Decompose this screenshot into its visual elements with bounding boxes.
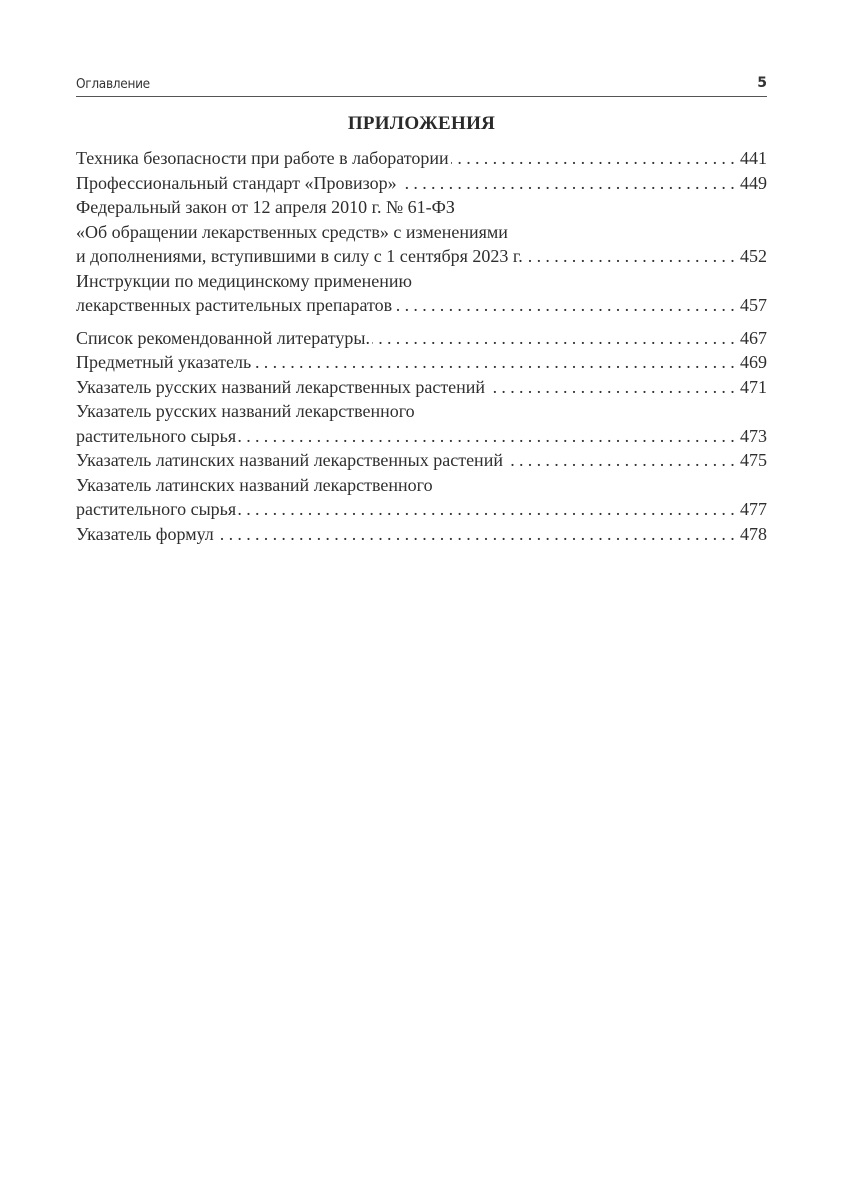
toc-line: Указатель латинских названий лекарственн… [76,448,767,473]
toc-page-number: 473 [739,424,767,449]
group-spacer [76,318,767,326]
toc-entry-title: лекарственных растительных препаратов [76,293,394,318]
toc-entry-title: «Об обращении лекарственных средств» с и… [76,222,510,242]
toc-line: и дополнениями, вступившими в силу с 1 с… [76,244,767,269]
toc-entry-title: Федеральный закон от 12 апреля 2010 г. №… [76,197,457,217]
dot-leader: ........................................… [372,326,739,351]
toc-page-number: 457 [739,293,767,318]
toc-page-number: 478 [739,522,767,547]
toc-entry[interactable]: Федеральный закон от 12 апреля 2010 г. №… [76,195,767,269]
dot-leader: ........................................… [394,293,739,318]
dot-leader: ........................................… [238,424,739,449]
dot-leader: ........................................… [253,350,739,375]
toc-page-number: 471 [739,375,767,400]
dot-leader: ........................................… [238,497,739,522]
toc-line: Указатель формул........................… [76,522,767,547]
toc-line: растительного сырья.....................… [76,497,767,522]
toc-page-number: 467 [739,326,767,351]
toc-line: Инструкции по медицинскому применению [76,269,767,294]
running-head: Оглавление 5 [76,74,767,97]
toc-line: Предметный указатель....................… [76,350,767,375]
toc-entry-title: Профессиональный стандарт «Провизор» [76,171,399,196]
section-title: ПРИЛОЖЕНИЯ [76,113,767,135]
toc-entry[interactable]: Предметный указатель....................… [76,350,767,375]
toc-entry-title: растительного сырья [76,497,238,522]
toc-line: Указатель русских названий лекарственных… [76,375,767,400]
toc-entry[interactable]: Указатель русских названий лекарственног… [76,399,767,448]
toc-entry-title: Указатель формул [76,522,216,547]
toc-entry-title: Указатель русских названий лекарственног… [76,401,417,421]
toc-entry[interactable]: Инструкции по медицинскому применениюлек… [76,269,767,318]
toc-line: Профессиональный стандарт «Провизор»....… [76,171,767,196]
dot-leader: ........................................… [216,522,739,547]
toc-page-number: 477 [739,497,767,522]
toc-page-number: 449 [739,171,767,196]
toc-line: Федеральный закон от 12 апреля 2010 г. №… [76,195,767,220]
toc-entry[interactable]: Список рекомендованной литературы.......… [76,326,767,351]
toc-line: лекарственных растительных препаратов...… [76,293,767,318]
toc-entry[interactable]: Техника безопасности при работе в лабора… [76,146,767,171]
toc-line: Указатель латинских названий лекарственн… [76,473,767,498]
toc-page-number: 469 [739,350,767,375]
toc-entry-title: растительного сырья [76,424,238,449]
toc-line: растительного сырья.....................… [76,424,767,449]
dot-leader: ........................................… [399,171,739,196]
toc-line: «Об обращении лекарственных средств» с и… [76,220,767,245]
page-number: 5 [757,75,767,91]
dot-leader: ........................................… [451,146,739,171]
toc-entry[interactable]: Профессиональный стандарт «Провизор»....… [76,171,767,196]
toc-entry[interactable]: Указатель русских названий лекарственных… [76,375,767,400]
toc-entry-title: Список рекомендованной литературы. [76,326,372,351]
dot-leader: ........................................… [505,448,739,473]
toc-entry[interactable]: Указатель латинских названий лекарственн… [76,448,767,473]
toc-entry-title: Указатель русских названий лекарственных… [76,375,487,400]
toc-page-number: 475 [739,448,767,473]
toc-page-number: 452 [739,244,767,269]
toc-entry-title: Техника безопасности при работе в лабора… [76,146,451,171]
table-of-contents: Техника безопасности при работе в лабора… [76,146,767,546]
toc-entry[interactable]: Указатель формул........................… [76,522,767,547]
toc-entry-title: Инструкции по медицинскому применению [76,271,414,291]
toc-entry-title: и дополнениями, вступившими в силу с 1 с… [76,244,525,269]
dot-leader: ........................................… [525,244,739,269]
toc-entry[interactable]: Указатель латинских названий лекарственн… [76,473,767,522]
running-head-title: Оглавление [76,76,150,92]
toc-line: Список рекомендованной литературы.......… [76,326,767,351]
toc-entry-title: Предметный указатель [76,350,253,375]
toc-entry-title: Указатель латинских названий лекарственн… [76,475,435,495]
toc-page-number: 441 [739,146,767,171]
toc-line: Техника безопасности при работе в лабора… [76,146,767,171]
toc-entry-title: Указатель латинских названий лекарственн… [76,448,505,473]
dot-leader: ........................................… [487,375,739,400]
toc-line: Указатель русских названий лекарственног… [76,399,767,424]
